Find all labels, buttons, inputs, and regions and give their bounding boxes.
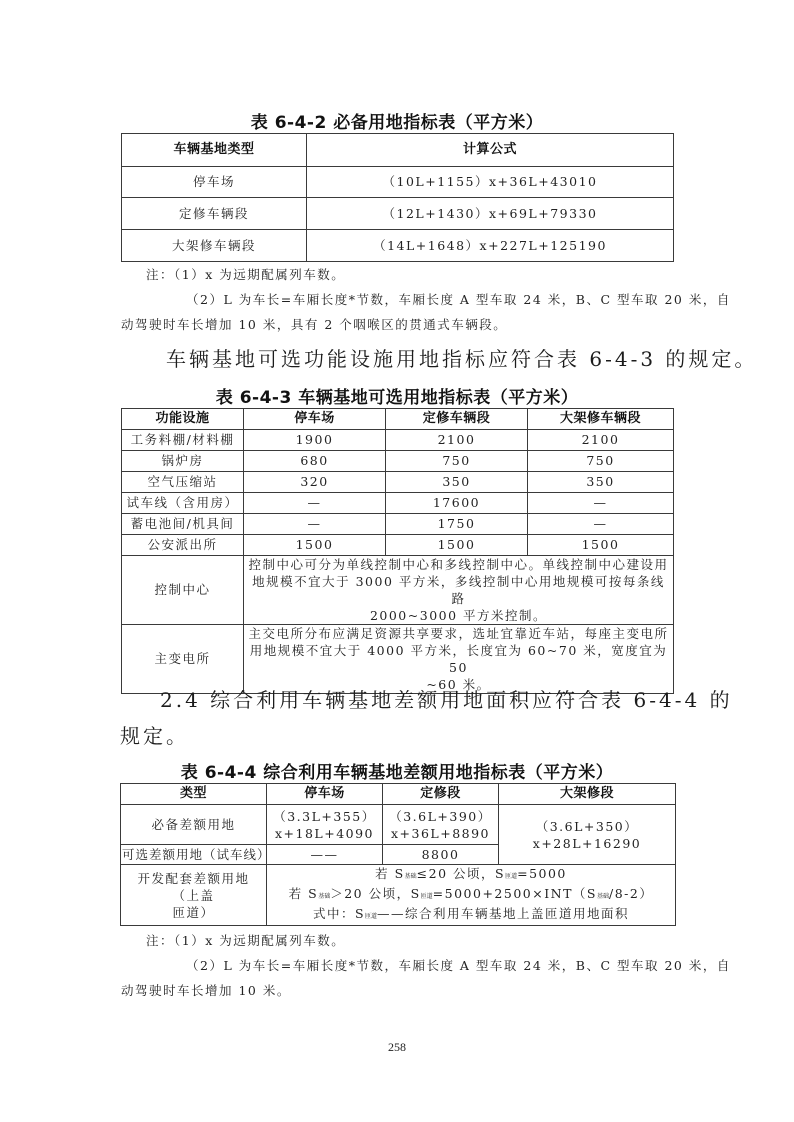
table-header-cell: 定修段 xyxy=(383,784,499,805)
table-cell: 工务料棚/材料棚 xyxy=(122,430,244,451)
table-6-4-2-note-2-cont: 动驾驶时车长增加 10 米，具有 2 个咽喉区的贯通式车辆段。 xyxy=(121,316,507,333)
table-6-4-4-note-2: （2）L 为车长=车厢长度*节数，车厢长度 A 型车取 24 米，B、C 型车取… xyxy=(186,957,731,974)
table-cell: 17600 xyxy=(386,493,528,514)
table-cell: 锅炉房 xyxy=(122,451,244,472)
table-header-cell: 车辆基地类型 xyxy=(122,134,307,167)
table-cell: 2100 xyxy=(528,430,674,451)
cell-line: 匝道） xyxy=(125,904,262,921)
cell-line: （3.6L+390） xyxy=(387,808,494,825)
table-cell: 8800 xyxy=(383,845,499,865)
table-cell: 750 xyxy=(528,451,674,472)
table-header-cell: 大架修段 xyxy=(499,784,676,805)
cell-line: x+18L+4090 xyxy=(271,825,378,842)
table-6-4-2-note-1: 注：（1）x 为远期配属列车数。 xyxy=(146,266,345,283)
table-6-4-3: 功能设施 停车场 定修车辆段 大架修车辆段 工务料棚/材料棚 1900 2100… xyxy=(121,408,674,694)
table-row: 必备差额用地 （3.3L+355） x+18L+4090 （3.6L+390） … xyxy=(121,805,676,845)
table-cell: 大架修车辆段 xyxy=(122,230,307,262)
cell-line: 主交电所分布应满足资源共享要求，选址宜靠近车站，每座主变电所 xyxy=(248,625,669,642)
table-row: 锅炉房 680 750 750 xyxy=(122,451,674,472)
table-header-cell: 计算公式 xyxy=(307,134,674,167)
table-6-4-4-note-2-cont: 动驾驶时车长增加 10 米。 xyxy=(121,982,291,999)
cell-line: x+28L+16290 xyxy=(503,835,671,852)
table-cell: — xyxy=(528,514,674,535)
table-cell: （3.3L+355） x+18L+4090 xyxy=(267,805,383,845)
formula-line-1: 若 S基础≤20 公顷，S匝道=5000 xyxy=(271,865,671,885)
table-cell: 2100 xyxy=(386,430,528,451)
table-6-4-2-note-2: （2）L 为车长=车厢长度*节数，车厢长度 A 型车取 24 米，B、C 型车取… xyxy=(186,291,731,308)
table-cell: — xyxy=(528,493,674,514)
table-6-4-4-note-1: 注：（1）x 为远期配属列车数。 xyxy=(146,932,345,949)
table-row: 控制中心 控制中心可分为单线控制中心和多线控制中心。单线控制中心建设用 地规模不… xyxy=(122,556,674,625)
table-header-cell: 大架修车辆段 xyxy=(528,409,674,430)
table-cell: —— xyxy=(267,845,383,865)
table-cell: 必备差额用地 xyxy=(121,805,267,845)
table-row: 停车场 （10L+1155）x+36L+43010 xyxy=(122,167,674,198)
table-cell: 1500 xyxy=(528,535,674,556)
paragraph-2-4-line-2: 规定。 xyxy=(120,720,189,749)
table-cell: （10L+1155）x+36L+43010 xyxy=(307,167,674,198)
table-6-4-4: 类型 停车场 定修段 大架修段 必备差额用地 （3.3L+355） x+18L+… xyxy=(120,783,676,926)
paragraph-optional-facilities: 车辆基地可选功能设施用地指标应符合表 6-4-3 的规定。 xyxy=(166,343,757,372)
formula-line-2: 若 S基础＞20 公顷，S匝道=5000+2500×INT（S基础/8-2） xyxy=(271,885,671,905)
table-cell: 1750 xyxy=(386,514,528,535)
table-cell: 1500 xyxy=(386,535,528,556)
table-cell: 1500 xyxy=(244,535,386,556)
table-header-cell: 定修车辆段 xyxy=(386,409,528,430)
table-row: 空气压缩站 320 350 350 xyxy=(122,472,674,493)
table-header-cell: 类型 xyxy=(121,784,267,805)
page-number: 258 xyxy=(0,1040,794,1055)
table-cell-merged: 若 S基础≤20 公顷，S匝道=5000 若 S基础＞20 公顷，S匝道=500… xyxy=(267,865,676,926)
table-cell: 680 xyxy=(244,451,386,472)
table-cell: 停车场 xyxy=(122,167,307,198)
cell-line: 控制中心可分为单线控制中心和多线控制中心。单线控制中心建设用 xyxy=(248,556,669,573)
table-cell: 试车线（含用房） xyxy=(122,493,244,514)
table-cell: 350 xyxy=(528,472,674,493)
cell-line: 用地规模不宜大于 4000 平方米，长度宜为 60~70 米，宽度宜为 50 xyxy=(248,642,669,676)
table-row: 工务料棚/材料棚 1900 2100 2100 xyxy=(122,430,674,451)
table-cell: 空气压缩站 xyxy=(122,472,244,493)
table-cell: （14L+1648）x+227L+125190 xyxy=(307,230,674,262)
cell-line: （3.6L+350） xyxy=(503,818,671,835)
cell-line: 开发配套差额用地（上盖 xyxy=(125,870,262,904)
formula-line-3: 式中：S匝道——综合利用车辆基地上盖匝道用地面积 xyxy=(271,905,671,925)
table-cell: 350 xyxy=(386,472,528,493)
table-header-cell: 停车场 xyxy=(267,784,383,805)
table-row: 公安派出所 1500 1500 1500 xyxy=(122,535,674,556)
table-6-4-2-caption: 表 6-4-2 必备用地指标表（平方米） xyxy=(0,108,794,133)
table-6-4-2: 车辆基地类型 计算公式 停车场 （10L+1155）x+36L+43010 定修… xyxy=(121,133,674,262)
table-row: 蓄电池间/机具间 — 1750 — xyxy=(122,514,674,535)
table-row: 开发配套差额用地（上盖 匝道） 若 S基础≤20 公顷，S匝道=5000 若 S… xyxy=(121,865,676,926)
table-row: 试车线（含用房） — 17600 — xyxy=(122,493,674,514)
cell-line: 2000~3000 平方米控制。 xyxy=(248,607,669,624)
table-6-4-3-caption: 表 6-4-3 车辆基地可选用地指标表（平方米） xyxy=(0,383,794,408)
cell-line: （3.3L+355） xyxy=(271,808,378,825)
table-header-cell: 功能设施 xyxy=(122,409,244,430)
table-cell: 750 xyxy=(386,451,528,472)
table-row: 定修车辆段 （12L+1430）x+69L+79330 xyxy=(122,198,674,230)
table-cell: 可选差额用地（试车线） xyxy=(121,845,267,865)
table-cell: （3.6L+390） x+36L+8890 xyxy=(383,805,499,845)
cell-line: 地规模不宜大于 3000 平方米，多线控制中心用地规模可按每条线路 xyxy=(248,573,669,607)
table-header-cell: 停车场 xyxy=(244,409,386,430)
table-cell: 320 xyxy=(244,472,386,493)
table-cell: （12L+1430）x+69L+79330 xyxy=(307,198,674,230)
table-cell: 定修车辆段 xyxy=(122,198,307,230)
table-cell: 蓄电池间/机具间 xyxy=(122,514,244,535)
table-cell: 开发配套差额用地（上盖 匝道） xyxy=(121,865,267,926)
table-cell: 控制中心 xyxy=(122,556,244,625)
table-cell: 1900 xyxy=(244,430,386,451)
table-6-4-4-caption: 表 6-4-4 综合利用车辆基地差额用地指标表（平方米） xyxy=(0,758,794,783)
paragraph-2-4-line-1: 2.4 综合利用车辆基地差额用地面积应符合表 6-4-4 的 xyxy=(160,684,733,713)
table-cell: — xyxy=(244,514,386,535)
table-cell-merged: 控制中心可分为单线控制中心和多线控制中心。单线控制中心建设用 地规模不宜大于 3… xyxy=(244,556,674,625)
table-cell-merged: （3.6L+350） x+28L+16290 xyxy=(499,805,676,865)
table-row: 大架修车辆段 （14L+1648）x+227L+125190 xyxy=(122,230,674,262)
table-cell: 公安派出所 xyxy=(122,535,244,556)
cell-line: x+36L+8890 xyxy=(387,825,494,842)
table-cell: — xyxy=(244,493,386,514)
